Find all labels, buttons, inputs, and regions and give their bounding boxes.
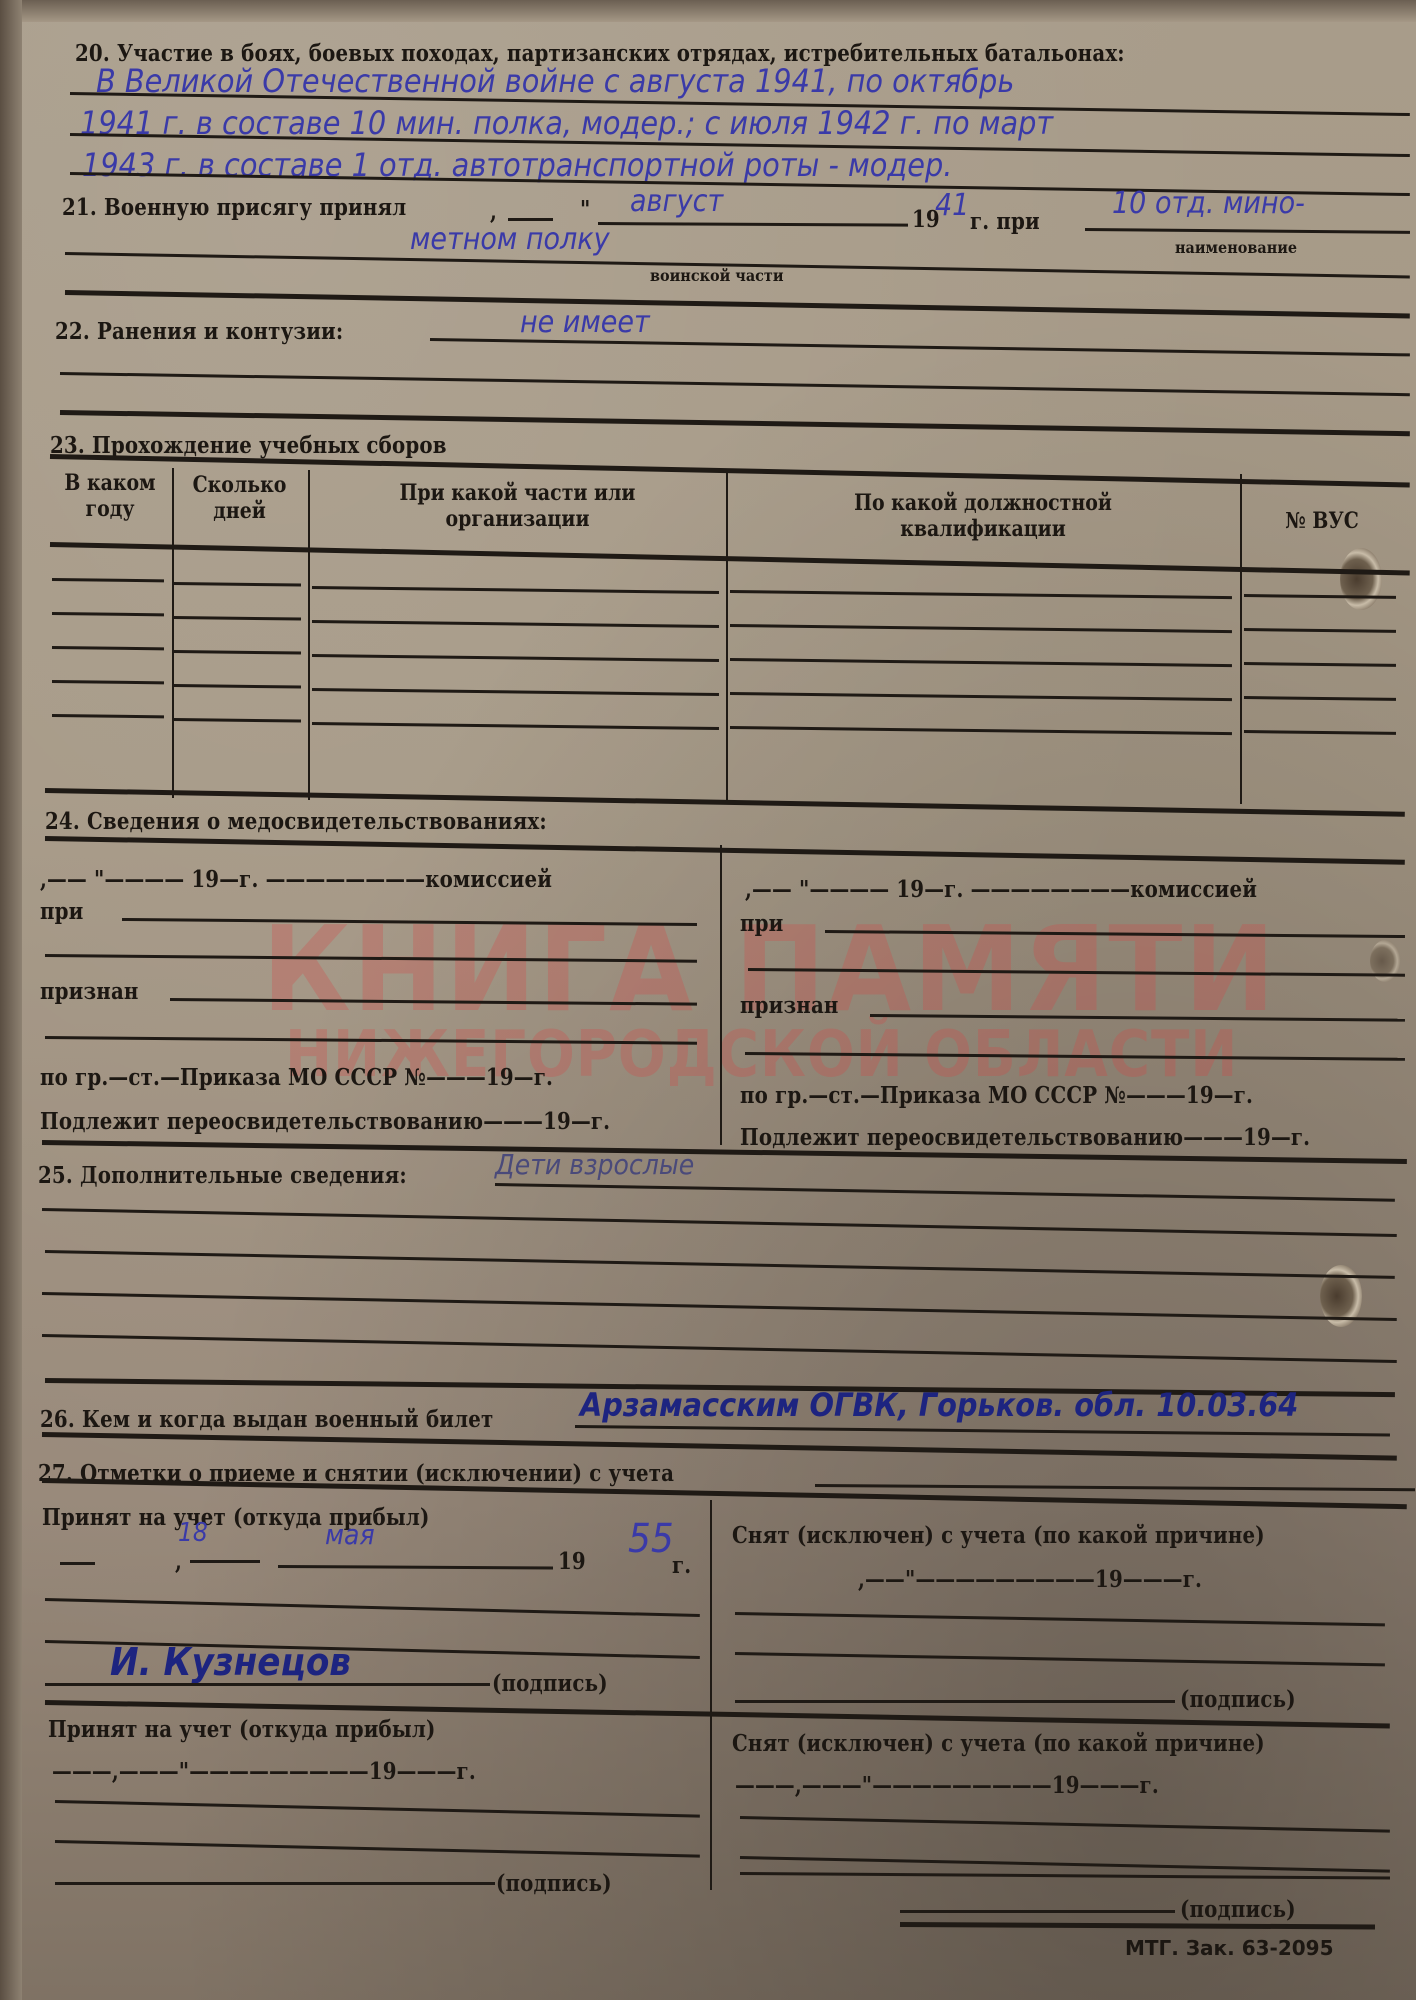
block1-left-signature-caption: (подпись)	[492, 1670, 608, 1697]
block1-left-comma: ,	[175, 1548, 182, 1575]
med-left-date-line: ,—— "———— 19—г. ————————комиссией	[40, 866, 552, 893]
table-header-text: Сколько	[181, 472, 297, 498]
block2-left-date-line: ———,———"—————————19———г.	[52, 1758, 476, 1785]
med-left-recheck-line: Подлежит переосвидетельствованию———19—г.	[40, 1108, 610, 1135]
rule	[42, 1432, 1397, 1461]
block2-right-date-line: ———,———"—————————19———г.	[735, 1772, 1159, 1799]
table-cell[interactable]	[730, 590, 1232, 599]
table-cell[interactable]	[1244, 628, 1396, 633]
rule	[735, 1612, 1385, 1626]
caption-unit: воинской части	[650, 266, 784, 285]
med-right-order-line: по гр.—ст.—Приказа МО СССР №———19—г.	[740, 1082, 1253, 1109]
rule	[430, 338, 1410, 356]
table-header-text: № ВУС	[1253, 508, 1391, 534]
rule	[42, 1292, 1397, 1321]
unit-blank[interactable]	[1085, 228, 1410, 234]
med-right-priznan-blank[interactable]	[870, 1014, 1405, 1022]
section-26-handwritten: Арзамасским ОГВК, Горьков. обл. 10.03.64	[580, 1386, 1298, 1424]
block2-right-title: Снят (исключен) с учета (по какой причин…	[732, 1730, 1265, 1757]
section-21-quote-mid: "	[580, 196, 590, 223]
table-cell[interactable]	[174, 582, 301, 587]
table-column-divider	[308, 470, 310, 800]
table-cell[interactable]	[1244, 594, 1396, 599]
print-code: МТГ. Зак. 63-2095	[1125, 1936, 1334, 1960]
block1-left-month-handwritten: мая	[325, 1518, 375, 1551]
table-cell[interactable]	[312, 620, 719, 628]
table-header-3: При какой части илиорганизации	[339, 480, 696, 532]
block1-left-year-suffix: г.	[672, 1552, 691, 1579]
section-26-label: 26. Кем и когда выдан военный билет	[40, 1406, 493, 1433]
table-header-text: По какой должностной	[764, 490, 1203, 516]
block2-left-signature-line[interactable]	[55, 1882, 495, 1885]
table-header-text: организации	[339, 506, 696, 532]
table-cell[interactable]	[52, 714, 164, 718]
table-cell[interactable]	[312, 722, 719, 730]
block1-right-title: Снят (исключен) с учета (по какой причин…	[732, 1522, 1265, 1549]
table-cell[interactable]	[1244, 662, 1396, 667]
med-right-recheck-line: Подлежит переосвидетельствованию———19—г.	[740, 1124, 1310, 1151]
table-column-divider	[726, 472, 728, 802]
med-left-order-line: по гр.—ст.—Приказа МО СССР №———19—г.	[40, 1064, 553, 1091]
rule	[495, 1183, 1395, 1202]
rule	[740, 1816, 1390, 1833]
caption-name: наименование	[1175, 238, 1297, 257]
section-21-year-suffix: г. при	[970, 208, 1040, 235]
table-cell[interactable]	[730, 658, 1232, 667]
table-cell[interactable]	[730, 726, 1232, 735]
table-column-divider	[1240, 474, 1242, 804]
block2-left-signature-caption: (подпись)	[496, 1870, 612, 1897]
section-21-label: 21. Военную присягу принял	[62, 194, 406, 221]
table-cell[interactable]	[174, 684, 301, 689]
med-left-pri: при	[40, 898, 83, 925]
rule	[55, 1840, 700, 1858]
rule	[575, 1425, 1390, 1437]
column-divider	[720, 845, 722, 1145]
day-blank[interactable]	[508, 218, 553, 221]
table-cell[interactable]	[52, 646, 164, 650]
table-column-divider	[172, 468, 174, 798]
block1-right-signature-caption: (подпись)	[1180, 1686, 1296, 1713]
month-blank[interactable]	[598, 222, 908, 227]
table-cell[interactable]	[52, 578, 164, 582]
rule	[900, 1922, 1375, 1929]
column-divider	[710, 1500, 712, 1890]
punch-hole-icon	[1340, 548, 1382, 610]
table-header-4: По какой должностнойквалификации	[764, 490, 1203, 542]
section-22-label: 22. Ранения и контузии:	[55, 318, 343, 345]
rule	[740, 1856, 1390, 1873]
med-right-priznan: признан	[740, 992, 839, 1019]
section-25-label: 25. Дополнительные сведения:	[38, 1162, 407, 1189]
table-cell[interactable]	[730, 624, 1232, 633]
table-cell[interactable]	[312, 688, 719, 696]
rule	[60, 372, 1410, 396]
block2-right-signature-line[interactable]	[900, 1910, 1175, 1913]
med-right-pri-blank[interactable]	[825, 930, 1405, 938]
rule	[45, 1250, 1395, 1279]
block1-left-day-handwritten: 18	[178, 1518, 208, 1548]
section-21-year-handwritten: 41	[935, 188, 969, 223]
section-21-quote-open: ,	[490, 198, 497, 225]
rule	[45, 836, 1405, 865]
med-right-pri: при	[740, 910, 783, 937]
table-header-text: дней	[181, 498, 297, 524]
rule	[45, 954, 697, 963]
section-21-month-handwritten: август	[630, 184, 723, 219]
block1-left-day-line[interactable]	[190, 1560, 260, 1563]
block1-right-signature-line[interactable]	[735, 1700, 1175, 1703]
block1-left-year-handwritten: 55	[628, 1516, 674, 1562]
table-cell[interactable]	[174, 616, 301, 621]
block1-left-month-line[interactable]	[278, 1565, 553, 1569]
table-cell[interactable]	[730, 692, 1232, 701]
rule	[42, 1208, 1397, 1237]
table-cell[interactable]	[52, 680, 164, 684]
table-cell[interactable]	[1244, 730, 1396, 735]
rule	[740, 1872, 1390, 1880]
med-left-priznan-blank[interactable]	[170, 998, 697, 1006]
block1-left-signature: И. Кузнецов	[110, 1640, 351, 1684]
table-header-text: При какой части или	[339, 480, 696, 506]
block2-left-title: Принят на учет (откуда прибыл)	[48, 1716, 436, 1743]
med-left-pri-blank[interactable]	[122, 918, 697, 926]
table-header-5: № ВУС	[1253, 508, 1391, 534]
table-cell[interactable]	[174, 650, 301, 655]
table-cell[interactable]	[52, 612, 164, 616]
paper-edge-left	[0, 0, 22, 2000]
med-right-date-line: ,—— "———— 19—г. ————————комиссией	[745, 876, 1257, 903]
med-left-priznan: признан	[40, 978, 139, 1005]
rule	[42, 1334, 1397, 1363]
block1-left-signature-line[interactable]	[45, 1683, 490, 1686]
table-cell[interactable]	[174, 718, 301, 723]
table-header-1: В какомгоду	[58, 470, 161, 522]
section-24-label: 24. Сведения о медосвидетельствованиях:	[45, 808, 547, 835]
section-21-unit-handwritten-1: 10 отд. мино-	[1112, 186, 1305, 221]
block1-right-date-line: ,——"—————————19———г.	[858, 1566, 1202, 1593]
table-header-text: квалификации	[764, 516, 1203, 542]
section-25-handwritten: Дети взрослые	[495, 1148, 694, 1181]
section-22-handwritten: не имеет	[520, 305, 650, 340]
rule	[815, 1484, 1415, 1491]
document-page: КНИГА ПАМЯТИ НИЖЕГОРОДСКОЙ ОБЛАСТИ 20. У…	[0, 0, 1416, 2000]
paper-edge-top	[0, 0, 1416, 22]
block2-right-signature-caption: (подпись)	[1180, 1896, 1296, 1923]
rule	[55, 1800, 700, 1818]
table-header-text: году	[58, 496, 161, 522]
rule	[748, 968, 1405, 977]
table-header-text: В каком	[58, 470, 161, 496]
rule	[65, 290, 1410, 318]
rule	[745, 1052, 1405, 1061]
table-cell[interactable]	[1244, 696, 1396, 701]
rule	[735, 1652, 1385, 1666]
table-header-rule	[50, 542, 1410, 575]
block1-left-year-prefix: 19	[558, 1548, 586, 1575]
table-cell[interactable]	[312, 654, 719, 662]
table-header-2: Сколькодней	[181, 472, 297, 524]
rule	[45, 1598, 700, 1617]
table-cell[interactable]	[312, 586, 719, 594]
rule	[45, 1036, 697, 1045]
block1-left-day-blank[interactable]	[60, 1562, 95, 1565]
section-21-unit-handwritten-2: метном полку	[410, 222, 610, 257]
